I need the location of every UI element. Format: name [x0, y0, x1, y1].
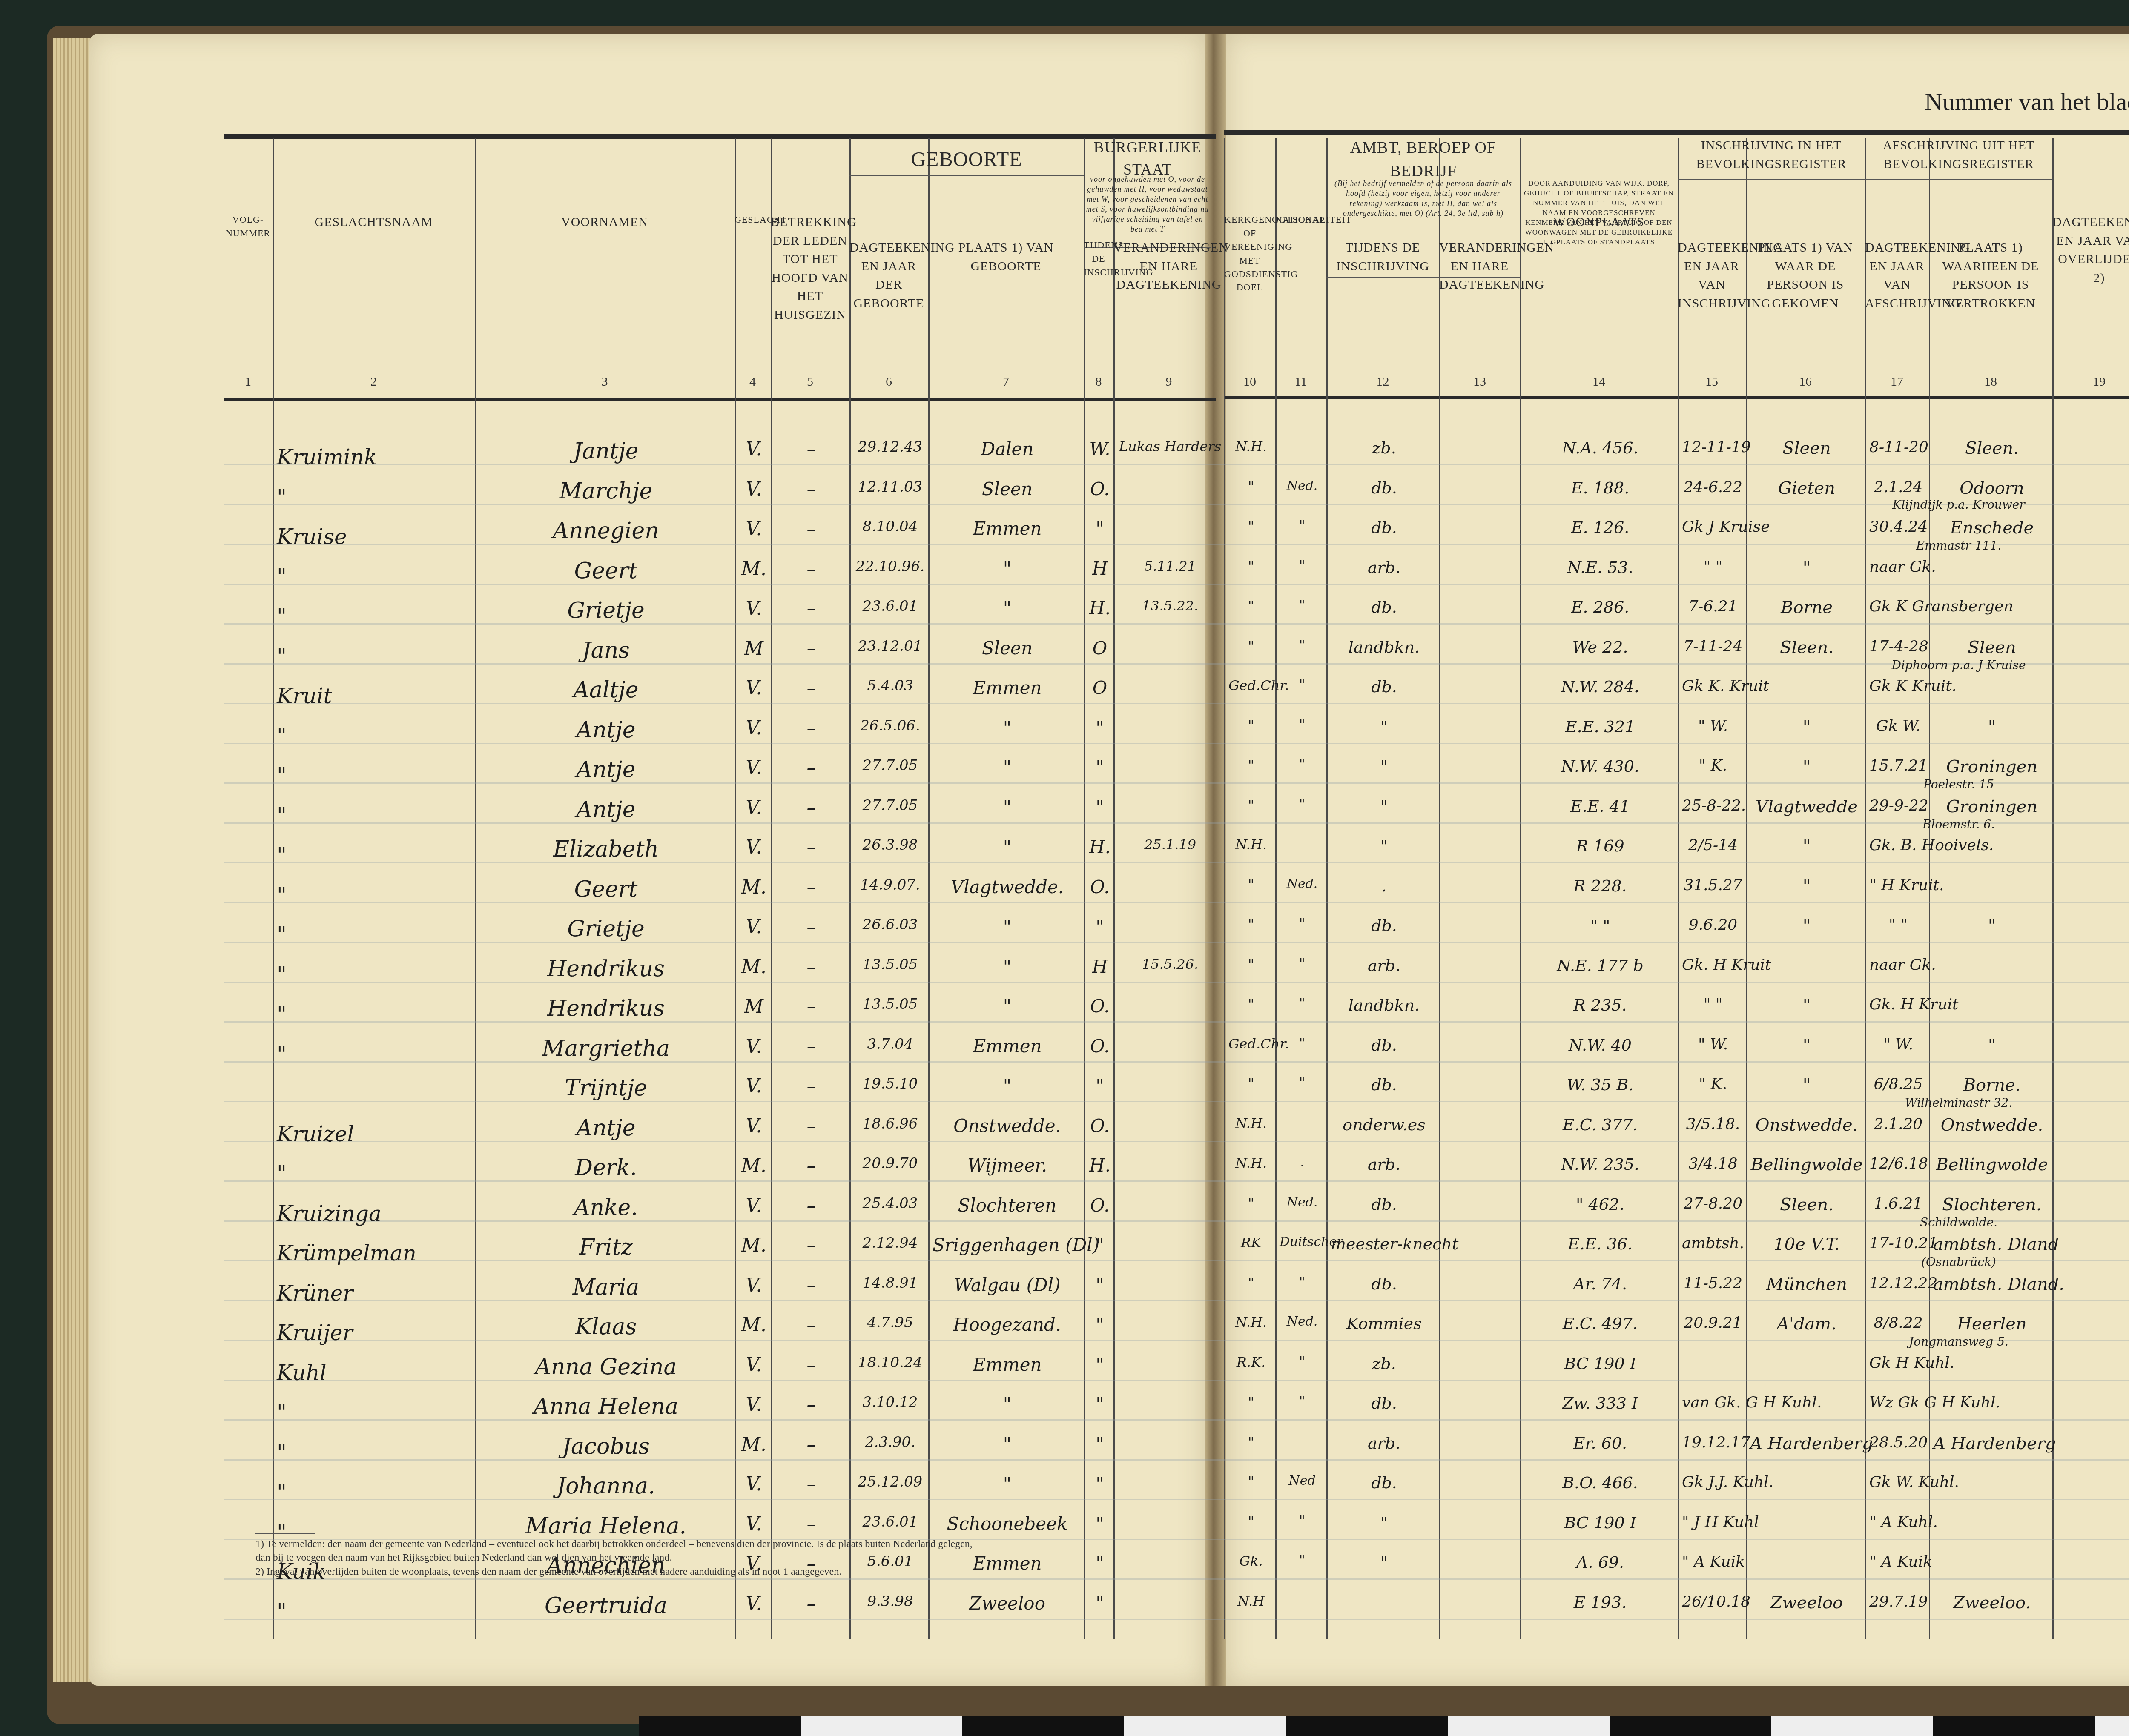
cell-sex: M.: [739, 956, 769, 978]
cell-born: 27.7.05: [854, 797, 927, 814]
cell-nat: ": [1280, 518, 1325, 533]
cell-out-note-below: Poelestr. 15: [1865, 777, 2052, 791]
cell-out-to: Slochteren.: [1933, 1195, 2051, 1215]
cell-rel: –: [775, 1314, 848, 1336]
cell-occ: onderw.es: [1331, 1115, 1438, 1134]
ambt-note: (Bij het bedrijf vermelden of de persoon…: [1328, 179, 1518, 219]
cell-given: Klaas: [479, 1314, 733, 1340]
cell-out-to: Sleen.: [1933, 438, 2051, 458]
cell-out-date: 15.7.21: [1869, 757, 1927, 774]
cell-given: Geert: [479, 877, 733, 902]
cell-out-to: Zweeloo.: [1933, 1593, 2051, 1613]
cell-given: Derk.: [479, 1155, 733, 1180]
ruled-line: [224, 1380, 2129, 1381]
cell-civ: ": [1088, 1593, 1112, 1614]
column-header-6: Dagteekening en jaar der geboorte: [849, 238, 928, 312]
cell-in-from: Borne: [1750, 598, 1863, 617]
cell-church: ": [1228, 1275, 1274, 1291]
cell-civ: ": [1088, 1394, 1112, 1415]
cell-given: Antje: [479, 1115, 733, 1141]
cell-civ: ": [1088, 1513, 1112, 1534]
cell-given: Fritz: [479, 1235, 733, 1260]
cell-civ: H.: [1088, 1155, 1112, 1176]
ruled-line: [224, 464, 2129, 465]
cell-addr: N.A. 456.: [1524, 438, 1676, 457]
header-top-rule: [224, 134, 1216, 139]
column-header-16: Plaats 1) van waar de persoon is gekomen: [1746, 238, 1865, 312]
cell-surname: ": [277, 1480, 473, 1504]
column-number-7: 7: [928, 375, 1084, 389]
cell-in-date: 27-8.20: [1682, 1195, 1744, 1212]
cell-occ: ": [1331, 1553, 1438, 1572]
cell-born: 20.9.70: [854, 1155, 927, 1172]
ruled-line: [224, 1300, 2129, 1301]
cell-in-date: 24-6.22: [1682, 478, 1744, 496]
cell-out-note-below: Schildwolde.: [1865, 1215, 2052, 1229]
column-header-10: Kerkgenootschap of vereeniging met godsd…: [1224, 213, 1275, 294]
cell-in-from: ": [1750, 996, 1863, 1015]
cell-sex: V.: [739, 438, 769, 460]
ruled-line: [224, 982, 2129, 983]
cell-out-to: ": [1933, 717, 2051, 737]
cell-born: 26.6.03: [854, 916, 927, 933]
cell-church: ": [1228, 598, 1274, 614]
cell-born: 2.12.94: [854, 1235, 927, 1252]
cell-addr: Er. 60.: [1524, 1434, 1676, 1452]
cell-civ: O.: [1088, 1115, 1112, 1136]
column-number-3: 3: [475, 375, 735, 389]
column-number-19: 19: [2052, 375, 2129, 389]
cell-born: 3.7.04: [854, 1036, 927, 1053]
cell-out-date: 1.6.21: [1869, 1195, 1927, 1212]
cell-occ: zb.: [1331, 1354, 1438, 1373]
column-header-9: Veranderingen en hare dagteekening: [1113, 238, 1224, 294]
cell-sex: V.: [739, 1593, 769, 1615]
cell-rel: –: [775, 916, 848, 938]
cell-addr: Ar. 74.: [1524, 1275, 1676, 1293]
cell-in-date: van Gk. G H Kuhl.: [1682, 1394, 1744, 1411]
cell-out-date: 17-4-28: [1869, 638, 1927, 655]
cell-occ: ": [1331, 757, 1438, 776]
cell-church: ": [1228, 996, 1274, 1012]
cell-occ: db.: [1331, 598, 1438, 616]
cell-out-note-above: Klijndijk p.a. Krouwer: [1865, 498, 2052, 512]
column-divider: [273, 138, 274, 1639]
afschrijving-group-rule: [1865, 179, 2052, 180]
cell-born: 3.10.12: [854, 1394, 927, 1411]
cell-out-date: 12.12.22: [1869, 1275, 1927, 1292]
cell-in-from: Zweeloo: [1750, 1593, 1863, 1613]
cell-nat: ": [1280, 996, 1325, 1011]
cell-rel: –: [775, 478, 848, 500]
cell-born: 18.10.24: [854, 1354, 927, 1371]
cell-rel: –: [775, 1155, 848, 1177]
cell-addr: " 462.: [1524, 1195, 1676, 1214]
column-number-6: 6: [849, 375, 928, 389]
cell-civ: ": [1088, 1235, 1112, 1255]
cell-in-from: Bellingwolde: [1750, 1155, 1863, 1175]
cell-civ: ": [1088, 717, 1112, 738]
ruled-line: [224, 1021, 2129, 1023]
cell-occ: arb.: [1331, 558, 1438, 577]
cell-given: Aaltje: [479, 677, 733, 703]
cell-in-date: 20.9.21: [1682, 1314, 1744, 1332]
cell-occ: db.: [1331, 1473, 1438, 1492]
cell-given: Johanna.: [479, 1473, 733, 1499]
cell-church: N.H.: [1228, 1314, 1274, 1330]
cell-occ: db.: [1331, 677, 1438, 696]
cell-civ: ": [1088, 518, 1112, 539]
cell-place: ": [933, 797, 1082, 818]
column-divider: [1520, 138, 1521, 1639]
cell-surname: Kruit: [277, 684, 473, 708]
cell-surname: ": [277, 1161, 473, 1186]
cell-given: Anke.: [479, 1195, 733, 1220]
cell-occ: ": [1331, 797, 1438, 816]
cell-civ: ": [1088, 1434, 1112, 1455]
cell-given: Antje: [479, 757, 733, 782]
cell-nat: ": [1280, 1036, 1325, 1051]
cell-born: 4.7.95: [854, 1314, 927, 1331]
column-header-5: Betrekking der leden tot het hoofd van h…: [771, 213, 849, 324]
cell-out-date: 29.7.19: [1869, 1593, 1927, 1610]
cell-in-from: Onstwedde.: [1750, 1115, 1863, 1135]
ruled-line: [224, 1619, 2129, 1620]
cell-nat: ": [1280, 717, 1325, 732]
cell-in-date: 2/5-14: [1682, 836, 1744, 854]
cell-surname: ": [277, 1042, 473, 1067]
cell-in-from: Sleen.: [1750, 638, 1863, 657]
column-number-15: 15: [1678, 375, 1746, 389]
column-header-4: Geslacht: [735, 213, 771, 226]
cell-out-date: 28.5.20: [1869, 1434, 1927, 1451]
cell-surname: Krüner: [277, 1281, 473, 1306]
cell-nat: ": [1280, 1354, 1325, 1369]
cell-out-note-below: Jongmansweg 5.: [1865, 1335, 2052, 1349]
cell-out-date: Gk W. Kuhl.: [1869, 1473, 1927, 1491]
column-divider: [771, 138, 772, 1639]
cell-civ: ": [1088, 1354, 1112, 1375]
ruled-line: [224, 1578, 2129, 1580]
cell-in-from: Sleen.: [1750, 1195, 1863, 1215]
cell-sex: V.: [739, 1513, 769, 1535]
cell-sex: M.: [739, 1434, 769, 1455]
cell-out-to: Enschede: [1933, 518, 2051, 538]
cell-civ-change: 13.5.22.: [1118, 598, 1222, 614]
cell-in-from: ": [1750, 836, 1863, 856]
cell-given: Grietje: [479, 916, 733, 942]
cell-church: N.H.: [1228, 836, 1274, 853]
cell-civ: ": [1088, 1553, 1112, 1574]
cell-place: ": [933, 1473, 1082, 1494]
cell-out-date: Gk W.: [1869, 717, 1927, 735]
ruled-line: [224, 504, 2129, 505]
cell-civ: O.: [1088, 877, 1112, 897]
cell-given: Hendrikus: [479, 996, 733, 1021]
cell-out-date: 17-10.21: [1869, 1235, 1927, 1252]
footnote-1: 1) Te vermelden: den naam der gemeente v…: [255, 1537, 979, 1565]
cell-church: ": [1228, 478, 1274, 495]
column-header-12: Tijdens de inschrijving: [1326, 238, 1439, 275]
cell-out-date: 2.1.20: [1869, 1115, 1927, 1133]
cell-given: Trijntje: [479, 1075, 733, 1101]
cell-place: ": [933, 757, 1082, 778]
cell-church: Gk.: [1228, 1553, 1274, 1569]
cell-church: ": [1228, 638, 1274, 654]
cell-occ: .: [1331, 877, 1438, 895]
cell-out-note-below: Wilhelminastr 32.: [1865, 1096, 2052, 1110]
column-number-8: 8: [1084, 375, 1113, 389]
cell-out-date: " W.: [1869, 1036, 1927, 1053]
cell-out-date: Gk H Kuhl.: [1869, 1354, 1927, 1372]
cell-addr: R 169: [1524, 836, 1676, 855]
cell-sex: V.: [739, 1473, 769, 1495]
cell-civ: ": [1088, 797, 1112, 818]
cell-sex: M.: [739, 1314, 769, 1336]
cell-given: Elizabeth: [479, 836, 733, 862]
column-divider: [1275, 138, 1277, 1639]
cell-in-from: Sleen: [1750, 438, 1863, 458]
page-stack-left: [53, 38, 92, 1682]
column-number-16: 16: [1746, 375, 1865, 389]
cell-church: ": [1228, 1434, 1274, 1450]
cell-rel: –: [775, 1075, 848, 1097]
cell-place: Zweeloo: [933, 1593, 1082, 1614]
cell-nat: Duitscher.: [1280, 1235, 1325, 1249]
cell-occ: arb.: [1331, 1155, 1438, 1174]
cell-place: Emmen: [933, 1354, 1082, 1375]
cell-addr: R 235.: [1524, 996, 1676, 1014]
cell-out-date: Gk K Kruit.: [1869, 677, 1927, 695]
cell-surname: ": [277, 644, 473, 669]
cell-surname: Kruizinga: [277, 1201, 473, 1226]
cell-occ: ": [1331, 717, 1438, 736]
cell-place: Onstwedde.: [933, 1115, 1082, 1136]
cell-place: Emmen: [933, 1036, 1082, 1057]
cell-given: Margrietha: [479, 1036, 733, 1061]
cell-in-date: 7-6.21: [1682, 598, 1744, 615]
cell-sex: V.: [739, 598, 769, 619]
column-number-2: 2: [273, 375, 475, 389]
ruled-line: [224, 862, 2129, 863]
cell-sex: M.: [739, 1235, 769, 1256]
ambt-group-title: Ambt, beroep of bedrijf: [1326, 136, 1520, 183]
cell-occ: db.: [1331, 1075, 1438, 1094]
cell-occ: db.: [1331, 1195, 1438, 1214]
cell-occ: ": [1331, 836, 1438, 855]
cell-place: ": [933, 836, 1082, 857]
cell-rel: –: [775, 1115, 848, 1137]
cell-nat: ": [1280, 677, 1325, 692]
cell-occ: db.: [1331, 1275, 1438, 1293]
cell-church: ": [1228, 1195, 1274, 1211]
cell-in-date: 26/10.18: [1682, 1593, 1744, 1610]
cell-church: N.H.: [1228, 1155, 1274, 1171]
cell-in-from: Vlagtwedde: [1750, 797, 1863, 816]
cell-surname: ": [277, 1002, 473, 1027]
cell-surname: ": [277, 843, 473, 868]
cell-addr: N.W. 40: [1524, 1036, 1676, 1054]
cell-sex: M: [739, 996, 769, 1017]
cell-nat: Ned.: [1280, 877, 1325, 891]
cell-rel: –: [775, 1434, 848, 1455]
column-header-15: Dagteekening en jaar van inschrijving: [1678, 238, 1746, 312]
column-divider: [1084, 138, 1085, 1639]
cell-given: Anna Helena: [479, 1394, 733, 1419]
ruled-line: [224, 1340, 2129, 1341]
column-number-4: 4: [735, 375, 771, 389]
cell-sex: V.: [739, 1075, 769, 1097]
cell-addr: A. 69.: [1524, 1553, 1676, 1572]
cell-nat: Ned.: [1280, 478, 1325, 493]
burgerlijke-staat-group-title: Burgerlijke staat: [1084, 136, 1211, 180]
cell-rel: –: [775, 598, 848, 619]
cell-civ: ": [1088, 1275, 1112, 1295]
cell-surname: ": [277, 763, 473, 788]
cell-addr: E.E. 36.: [1524, 1235, 1676, 1253]
sheet-number-label: Nummer van het blad: [1925, 87, 2129, 116]
cell-church: ": [1228, 1473, 1274, 1490]
column-header-17: Dagteekening en jaar van afschrijving: [1865, 238, 1929, 312]
cell-born: 8.10.04: [854, 518, 927, 535]
ruled-line: [224, 1061, 2129, 1063]
cell-place: ": [933, 598, 1082, 619]
cell-civ: ": [1088, 916, 1112, 937]
cell-addr: E.E. 321: [1524, 717, 1676, 736]
cell-occ: zb.: [1331, 438, 1438, 457]
cell-addr: E. 286.: [1524, 598, 1676, 616]
footnotes: 1) Te vermelden: den naam der gemeente v…: [255, 1533, 979, 1578]
cell-place: ": [933, 956, 1082, 977]
cell-nat: ": [1280, 916, 1325, 931]
cell-nat: ": [1280, 638, 1325, 653]
column-divider: [928, 138, 930, 1639]
cell-born: 26.3.98: [854, 836, 927, 854]
cell-nat: ": [1280, 598, 1325, 613]
cell-addr: E.E. 41: [1524, 797, 1676, 816]
cell-surname: Krümpelman: [277, 1241, 473, 1266]
column-header-19: Dagteekening en jaar van overlijden 2): [2052, 213, 2129, 287]
cell-sex: V.: [739, 1275, 769, 1296]
cell-rel: –: [775, 1235, 848, 1256]
cell-occ: landbkn.: [1331, 996, 1438, 1014]
cell-given: Hendrikus: [479, 956, 733, 982]
cell-occ: arb.: [1331, 956, 1438, 975]
cell-given: Jacobus: [479, 1434, 733, 1459]
column-header-8: Tijdens de inschrijving: [1084, 238, 1113, 279]
burgerlijke-staat-note: voor ongehuwden met O, voor de gehuwden …: [1086, 175, 1209, 234]
cell-civ: ": [1088, 1314, 1112, 1335]
cell-nat: .: [1280, 1155, 1325, 1170]
cell-in-date: " ": [1682, 996, 1744, 1013]
cell-place: ": [933, 1434, 1082, 1455]
ruled-line: [224, 902, 2129, 903]
cell-out-date: naar Gk.: [1869, 558, 1927, 576]
cell-in-date: 9.6.20: [1682, 916, 1744, 934]
cell-surname: ": [277, 922, 473, 947]
cell-born: 26.5.06.: [854, 717, 927, 734]
cell-surname: Kruijer: [277, 1321, 473, 1345]
footnote-2: 2) Ingeval van overlijden buiten de woon…: [255, 1565, 979, 1578]
cell-out-note-below: Emmastr 111.: [1865, 539, 2052, 553]
cell-addr: N.W. 235.: [1524, 1155, 1676, 1174]
cell-addr: N.W. 284.: [1524, 677, 1676, 696]
cell-civ: ": [1088, 1075, 1112, 1096]
ruled-line: [224, 1101, 2129, 1102]
cell-surname: ": [277, 604, 473, 629]
cell-sex: M.: [739, 558, 769, 580]
cell-place: Sleen: [933, 638, 1082, 659]
cell-church: ": [1228, 757, 1274, 773]
cell-out-date: " A Kuik: [1869, 1553, 1927, 1570]
cell-nat: Ned: [1280, 1473, 1325, 1488]
cell-place: ": [933, 1394, 1082, 1415]
cell-nat: Ned.: [1280, 1314, 1325, 1329]
ruled-line: [224, 623, 2129, 625]
cell-born: 25.4.03: [854, 1195, 927, 1212]
cell-given: Maria: [479, 1275, 733, 1300]
column-number-10: 10: [1224, 375, 1275, 389]
inschrijving-group-rule: [1678, 179, 1865, 180]
cell-born: 13.5.05: [854, 996, 927, 1013]
cell-addr: E. 188.: [1524, 478, 1676, 497]
cell-nat: ": [1280, 1394, 1325, 1409]
cell-addr: Zw. 333 I: [1524, 1394, 1676, 1412]
ruled-line: [224, 1499, 2129, 1500]
ruled-line: [224, 1419, 2129, 1421]
cell-nat: ": [1280, 956, 1325, 971]
cell-addr: BC 190 I: [1524, 1513, 1676, 1532]
cell-in-from: A Hardenberg: [1750, 1434, 1863, 1453]
cell-given: Antje: [479, 717, 733, 743]
cell-place: Emmen: [933, 518, 1082, 539]
cell-occ: meester-knecht: [1331, 1235, 1438, 1253]
cell-out-date: 8-11-20: [1869, 438, 1927, 456]
cell-surname: ": [277, 1599, 473, 1624]
column-header-3: Voornamen: [475, 213, 735, 232]
cell-rel: –: [775, 956, 848, 978]
cell-in-from: ": [1750, 877, 1863, 896]
cell-surname: ": [277, 485, 473, 510]
cell-given: Geert: [479, 558, 733, 584]
column-header-11: Nationaliteit: [1275, 213, 1326, 226]
column-number-9: 9: [1113, 375, 1224, 389]
cell-rel: –: [775, 1593, 848, 1615]
cell-church: ": [1228, 558, 1274, 574]
cell-born: 25.12.09: [854, 1473, 927, 1490]
cell-sex: M.: [739, 1155, 769, 1177]
cell-sex: V.: [739, 797, 769, 819]
cell-out-date: Wz Gk G H Kuhl.: [1869, 1394, 1927, 1411]
cell-in-date: Gk J.J. Kuhl.: [1682, 1473, 1744, 1491]
cell-civ: O.: [1088, 1036, 1112, 1057]
cell-rel: –: [775, 717, 848, 739]
cell-born: 14.8.91: [854, 1275, 927, 1292]
geboorte-group-title: Geboorte: [849, 145, 1084, 175]
cell-rel: –: [775, 1354, 848, 1376]
cell-born: 22.10.96.: [854, 558, 927, 575]
cell-sex: V.: [739, 1394, 769, 1415]
cell-rel: –: [775, 1036, 848, 1057]
footnote-separator: [255, 1533, 315, 1534]
cell-sex: V.: [739, 1036, 769, 1057]
cell-church: RK: [1228, 1235, 1274, 1251]
cell-out-date: 29-9-22: [1869, 797, 1927, 814]
cell-church: ": [1228, 1513, 1274, 1530]
column-divider: [849, 138, 851, 1639]
cell-sex: V.: [739, 677, 769, 699]
cell-in-date: " W.: [1682, 1036, 1744, 1053]
